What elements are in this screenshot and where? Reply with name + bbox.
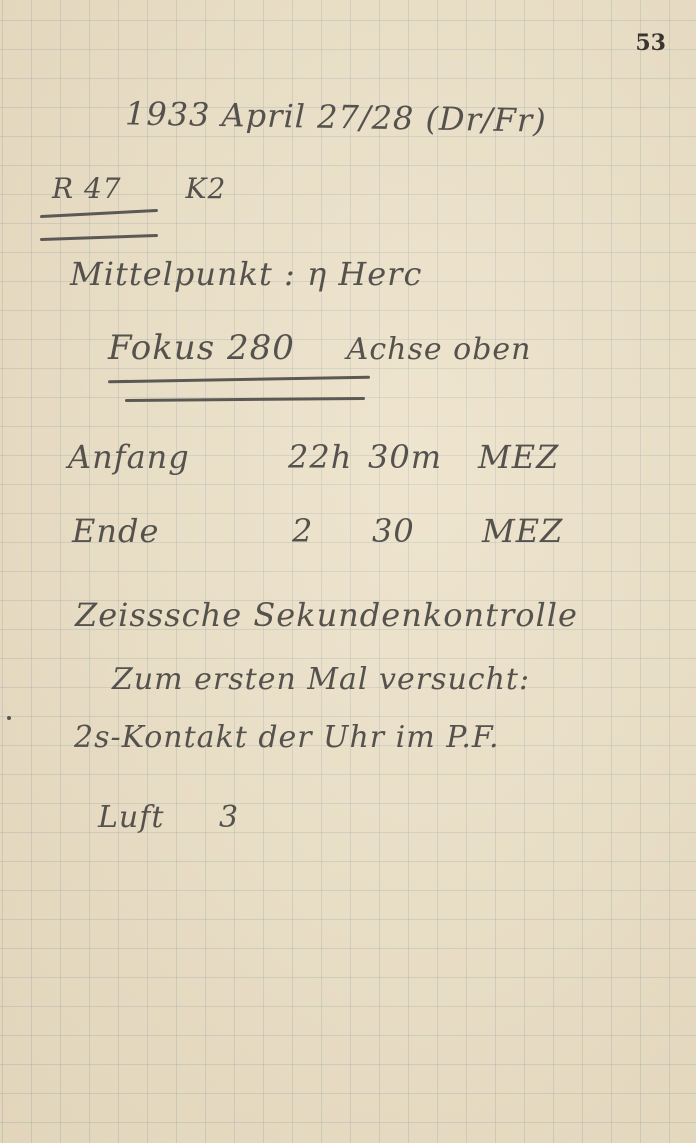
camera-id: K2 <box>186 172 227 205</box>
note-line: Zeisssche Sekundenkontrolle <box>75 596 578 634</box>
note-line: Zum ersten Mal versucht: <box>112 662 530 697</box>
center-line: Mittelpunkt : η Herc <box>70 255 422 293</box>
note-line: 2s-Kontakt der Uhr im P.F. <box>74 720 500 755</box>
air-line: Luft 3 <box>98 800 239 835</box>
end-time-row: Ende230MEZ <box>72 512 563 550</box>
time-zone: MEZ <box>478 438 559 476</box>
time-label: Ende <box>72 512 292 550</box>
ink-spot <box>7 716 11 720</box>
time-minute: 30 <box>372 512 482 550</box>
time-hour: 2 <box>292 512 372 550</box>
underline <box>125 397 365 402</box>
underline <box>108 376 370 384</box>
air-value: 3 <box>219 800 239 835</box>
time-zone: MEZ <box>482 512 563 550</box>
focus-label: Fokus 280 <box>108 328 295 368</box>
underline <box>40 234 158 241</box>
page-number: 53 <box>635 30 666 56</box>
time-label: Anfang <box>68 438 288 476</box>
focus-line: Fokus 280 Achse oben <box>108 328 532 368</box>
date-line: 1933 April 27/28 (Dr/Fr) <box>125 94 547 139</box>
air-label: Luft <box>98 800 164 835</box>
axis-note: Achse oben <box>347 332 532 367</box>
reference-line: R 47 K2 <box>52 172 226 205</box>
plate-number: R 47 <box>52 172 122 205</box>
time-minute: 30m <box>368 438 478 476</box>
time-hour: 22h <box>288 438 368 476</box>
start-time-row: Anfang22h30mMEZ <box>68 438 559 476</box>
underline <box>40 209 158 218</box>
